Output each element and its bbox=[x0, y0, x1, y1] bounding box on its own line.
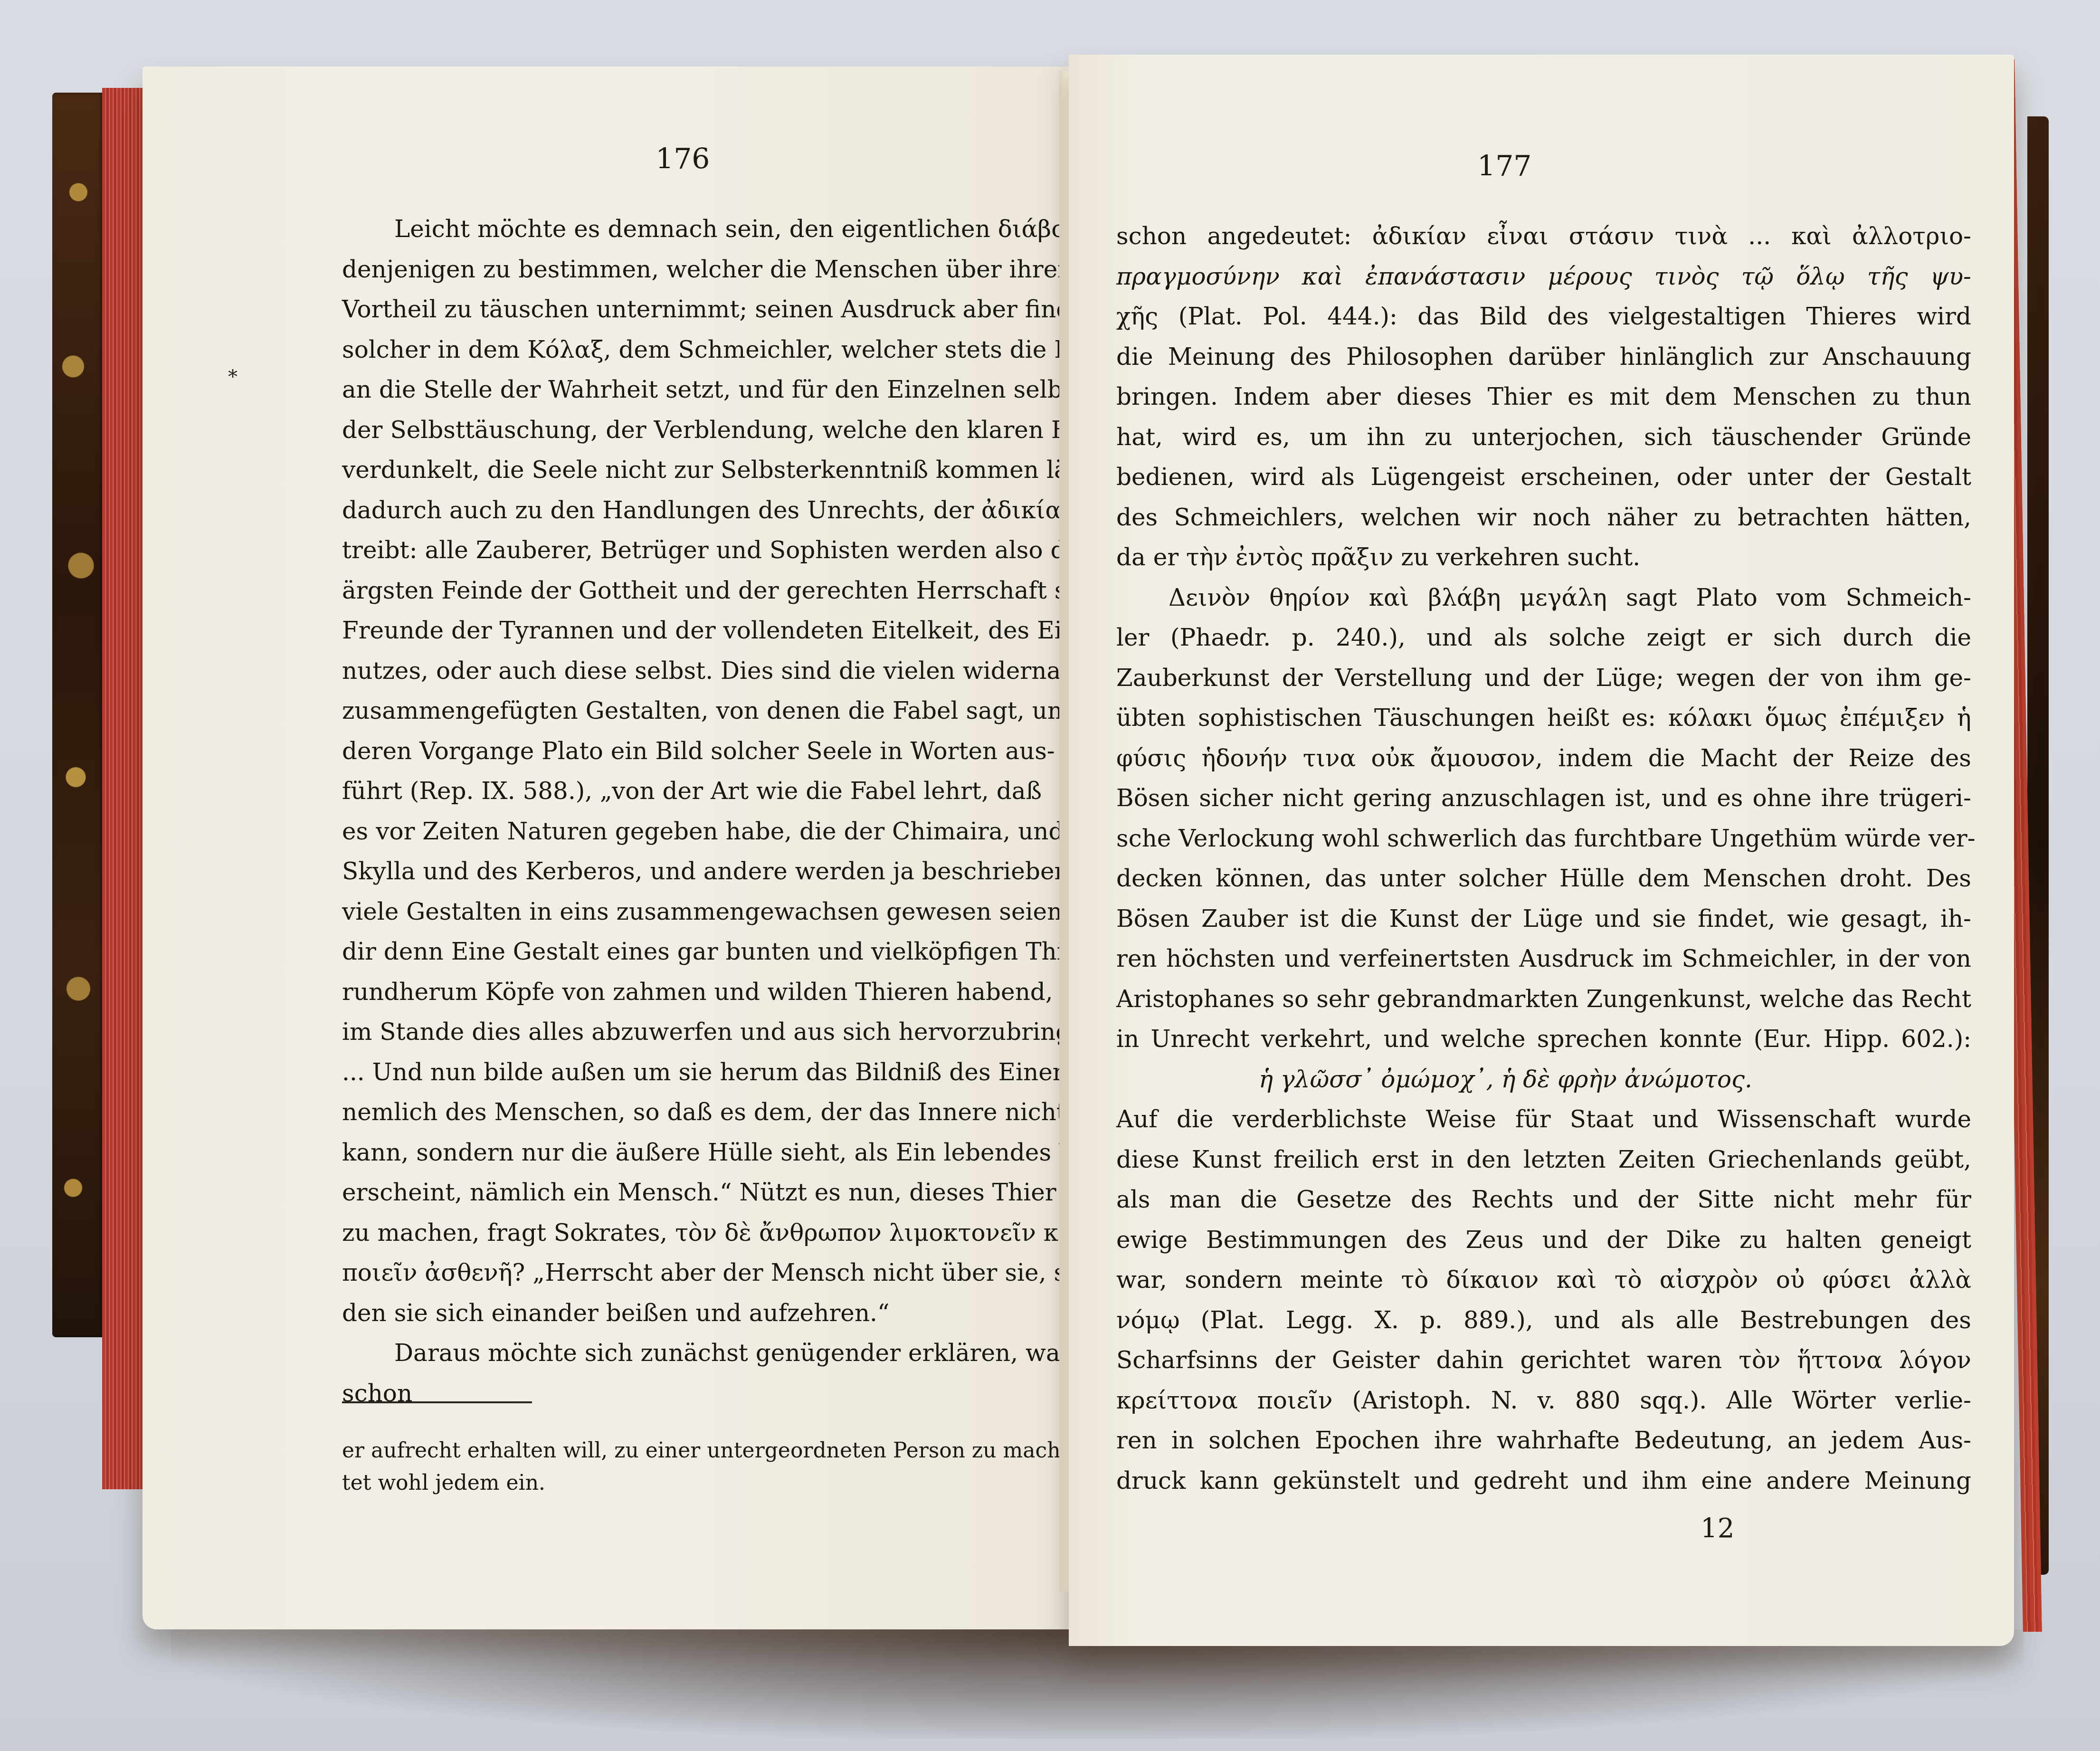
text-line: Aristophanes so sehr gebrandmarkten Zung… bbox=[1116, 979, 1971, 1019]
text-line: Freunde der Tyrannen und der vollendeten… bbox=[342, 610, 1031, 651]
text-line: deren Vorgange Plato ein Bild solcher Se… bbox=[342, 731, 1031, 771]
text-line: Daraus möchte sich zunächst genügender e… bbox=[342, 1333, 1031, 1373]
left-page: 176 * Leicht möchte es demnach sein, den… bbox=[143, 67, 1069, 1629]
text-line: dir denn Eine Gestalt eines gar bunten u… bbox=[342, 932, 1031, 972]
right-page: 177 schon angedeutet: ἀδικίαν εἶναι στάσ… bbox=[1069, 55, 2014, 1646]
text-line: Δεινὸν θηρίον καὶ βλάβη μεγάλη sagt Plat… bbox=[1116, 578, 1971, 618]
text-line: zusammengefügten Gestalten, von denen di… bbox=[342, 691, 1031, 731]
text-line: decken können, das unter solcher Hülle d… bbox=[1116, 858, 1971, 899]
text-line: diese Kunst freilich erst in den letzten… bbox=[1116, 1140, 1971, 1180]
text-line: bringen. Indem aber dieses Thier es mit … bbox=[1116, 377, 1971, 417]
text-line: kann, sondern nur die äußere Hülle sieht… bbox=[342, 1132, 1031, 1173]
page-number-left: 176 bbox=[656, 143, 710, 176]
text-line: als man die Gesetze des Rechts und der S… bbox=[1116, 1180, 1971, 1220]
text-line: dadurch auch zu den Handlungen des Unrec… bbox=[342, 490, 1031, 531]
text-line: Vortheil zu täuschen unternimmt; seinen … bbox=[342, 289, 1031, 330]
text-line: Auf die verderblichste Weise für Staat u… bbox=[1116, 1099, 1971, 1140]
page-edges-left-red bbox=[102, 88, 147, 1489]
text-line: im Stande dies alles abzuwerfen und aus … bbox=[342, 1012, 1031, 1052]
text-line: Skylla und des Kerberos, und andere werd… bbox=[342, 851, 1031, 892]
text-line: bedienen, wird als Lügengeist erscheinen… bbox=[1116, 457, 1971, 497]
text-line: der Selbsttäuschung, der Verblendung, we… bbox=[342, 410, 1031, 450]
text-line: πραγμοσύνην καὶ ἐπανάστασιν μέρους τινὸς… bbox=[1116, 257, 1971, 297]
text-line: denjenigen zu bestimmen, welcher die Men… bbox=[342, 249, 1031, 290]
footnote-line: er aufrecht erhalten will, zu einer unte… bbox=[342, 1435, 1031, 1467]
book-cover-left-marbled bbox=[52, 93, 105, 1337]
footnote-line: tet wohl jedem ein. bbox=[342, 1467, 1031, 1499]
text-line: rundherum Köpfe von zahmen und wilden Th… bbox=[342, 972, 1031, 1012]
text-line: ärgsten Feinde der Gottheit und der gere… bbox=[342, 571, 1031, 611]
text-line: druck kann gekünstelt und gedreht und ih… bbox=[1116, 1461, 1971, 1501]
text-line: χῆς (Plat. Pol. 444.): das Bild des viel… bbox=[1116, 296, 1971, 337]
text-line: verdunkelt, die Seele nicht zur Selbster… bbox=[342, 450, 1031, 490]
footnote-rule bbox=[342, 1401, 532, 1403]
text-line: an die Stelle der Wahrheit setzt, und fü… bbox=[342, 370, 1031, 410]
text-line: ler (Phaedr. p. 240.), und als solche ze… bbox=[1116, 618, 1971, 658]
text-line: ... Und nun bilde außen um sie herum das… bbox=[342, 1052, 1031, 1093]
text-line: Leicht möchte es demnach sein, den eigen… bbox=[342, 209, 1031, 249]
text-line: viele Gestalten in eins zusammengewachse… bbox=[342, 892, 1031, 932]
text-line: den sie sich einander beißen und aufzehr… bbox=[342, 1293, 1031, 1333]
text-line: κρείττονα ποιεῖν (Aristoph. N. v. 880 sq… bbox=[1116, 1380, 1971, 1421]
text-line: schon angedeutet: ἀδικίαν εἶναι στάσιν τ… bbox=[1116, 216, 1971, 257]
text-line: treibt: alle Zauberer, Betrüger und Soph… bbox=[342, 530, 1031, 571]
text-line: Scharfsinns der Geister dahin gerichtet … bbox=[1116, 1340, 1971, 1380]
text-line: sche Verlockung wohl schwerlich das furc… bbox=[1116, 818, 1971, 859]
text-line: hat, wird es, um ihn zu unterjochen, sic… bbox=[1116, 417, 1971, 457]
text-line: war, sondern meinte τὸ δίκαιον καὶ τὸ αἰ… bbox=[1116, 1260, 1971, 1300]
text-line: erscheint, nämlich ein Mensch.“ Nützt es… bbox=[342, 1172, 1031, 1213]
text-line: führt (Rep. IX. 588.), „von der Art wie … bbox=[342, 771, 1031, 811]
footnote: er aufrecht erhalten will, zu einer unte… bbox=[342, 1435, 1031, 1499]
text-line: da er τὴν ἐντὸς πρᾶξιν zu verkehren such… bbox=[1116, 537, 1971, 578]
text-line: ποιεῖν ἀσθενῆ? „Herrscht aber der Mensch… bbox=[342, 1253, 1031, 1293]
page-number-right: 177 bbox=[1477, 150, 1532, 183]
text-line: ren in solchen Epochen ihre wahrhafte Be… bbox=[1116, 1420, 1971, 1461]
signature-mark: 12 bbox=[1701, 1513, 1734, 1544]
margin-mark: * bbox=[228, 366, 238, 388]
text-line: übten sophistischen Täuschungen heißt es… bbox=[1116, 698, 1971, 738]
text-line: die Meinung des Philosophen darüber hinl… bbox=[1116, 337, 1971, 377]
text-line: Zauberkunst der Verstellung und der Lüge… bbox=[1116, 658, 1971, 698]
text-line: zu machen, fragt Sokrates, τὸν δὲ ἄνθρωπ… bbox=[342, 1213, 1031, 1253]
left-page-body: Leicht möchte es demnach sein, den eigen… bbox=[342, 209, 1031, 1413]
text-line: des Schmeichlers, welchen wir noch näher… bbox=[1116, 497, 1971, 538]
text-line: ren höchsten und verfeinertsten Ausdruck… bbox=[1116, 939, 1971, 979]
text-line: es vor Zeiten Naturen gegeben habe, die … bbox=[342, 811, 1031, 852]
text-line: solcher in dem Κόλαξ, dem Schmeichler, w… bbox=[342, 330, 1031, 370]
catchword: schon bbox=[342, 1373, 1031, 1414]
text-line: ewige Bestimmungen des Zeus und der Dike… bbox=[1116, 1220, 1971, 1260]
right-page-body: schon angedeutet: ἀδικίαν εἶναι στάσιν τ… bbox=[1116, 216, 1971, 1501]
text-line: nutzes, oder auch diese selbst. Dies sin… bbox=[342, 651, 1031, 691]
text-line: Bösen Zauber ist die Kunst der Lüge und … bbox=[1116, 899, 1971, 939]
text-line: Bösen sicher nicht gering anzuschlagen i… bbox=[1116, 778, 1971, 818]
text-line: νόμῳ (Plat. Legg. X. p. 889.), und als a… bbox=[1116, 1300, 1971, 1341]
text-line: in Unrecht verkehrt, und welche sprechen… bbox=[1116, 1019, 1971, 1059]
text-line: nemlich des Menschen, so daß es dem, der… bbox=[342, 1092, 1031, 1132]
text-line: φύσις ἡδονήν τινα οὐκ ἄμουσον, indem die… bbox=[1116, 738, 1971, 779]
verse-quote: ἡ γλῶσσ᾽ ὀμώμοχ᾽, ἡ δὲ φρὴν ἀνώμοτος. bbox=[1116, 1059, 1971, 1100]
